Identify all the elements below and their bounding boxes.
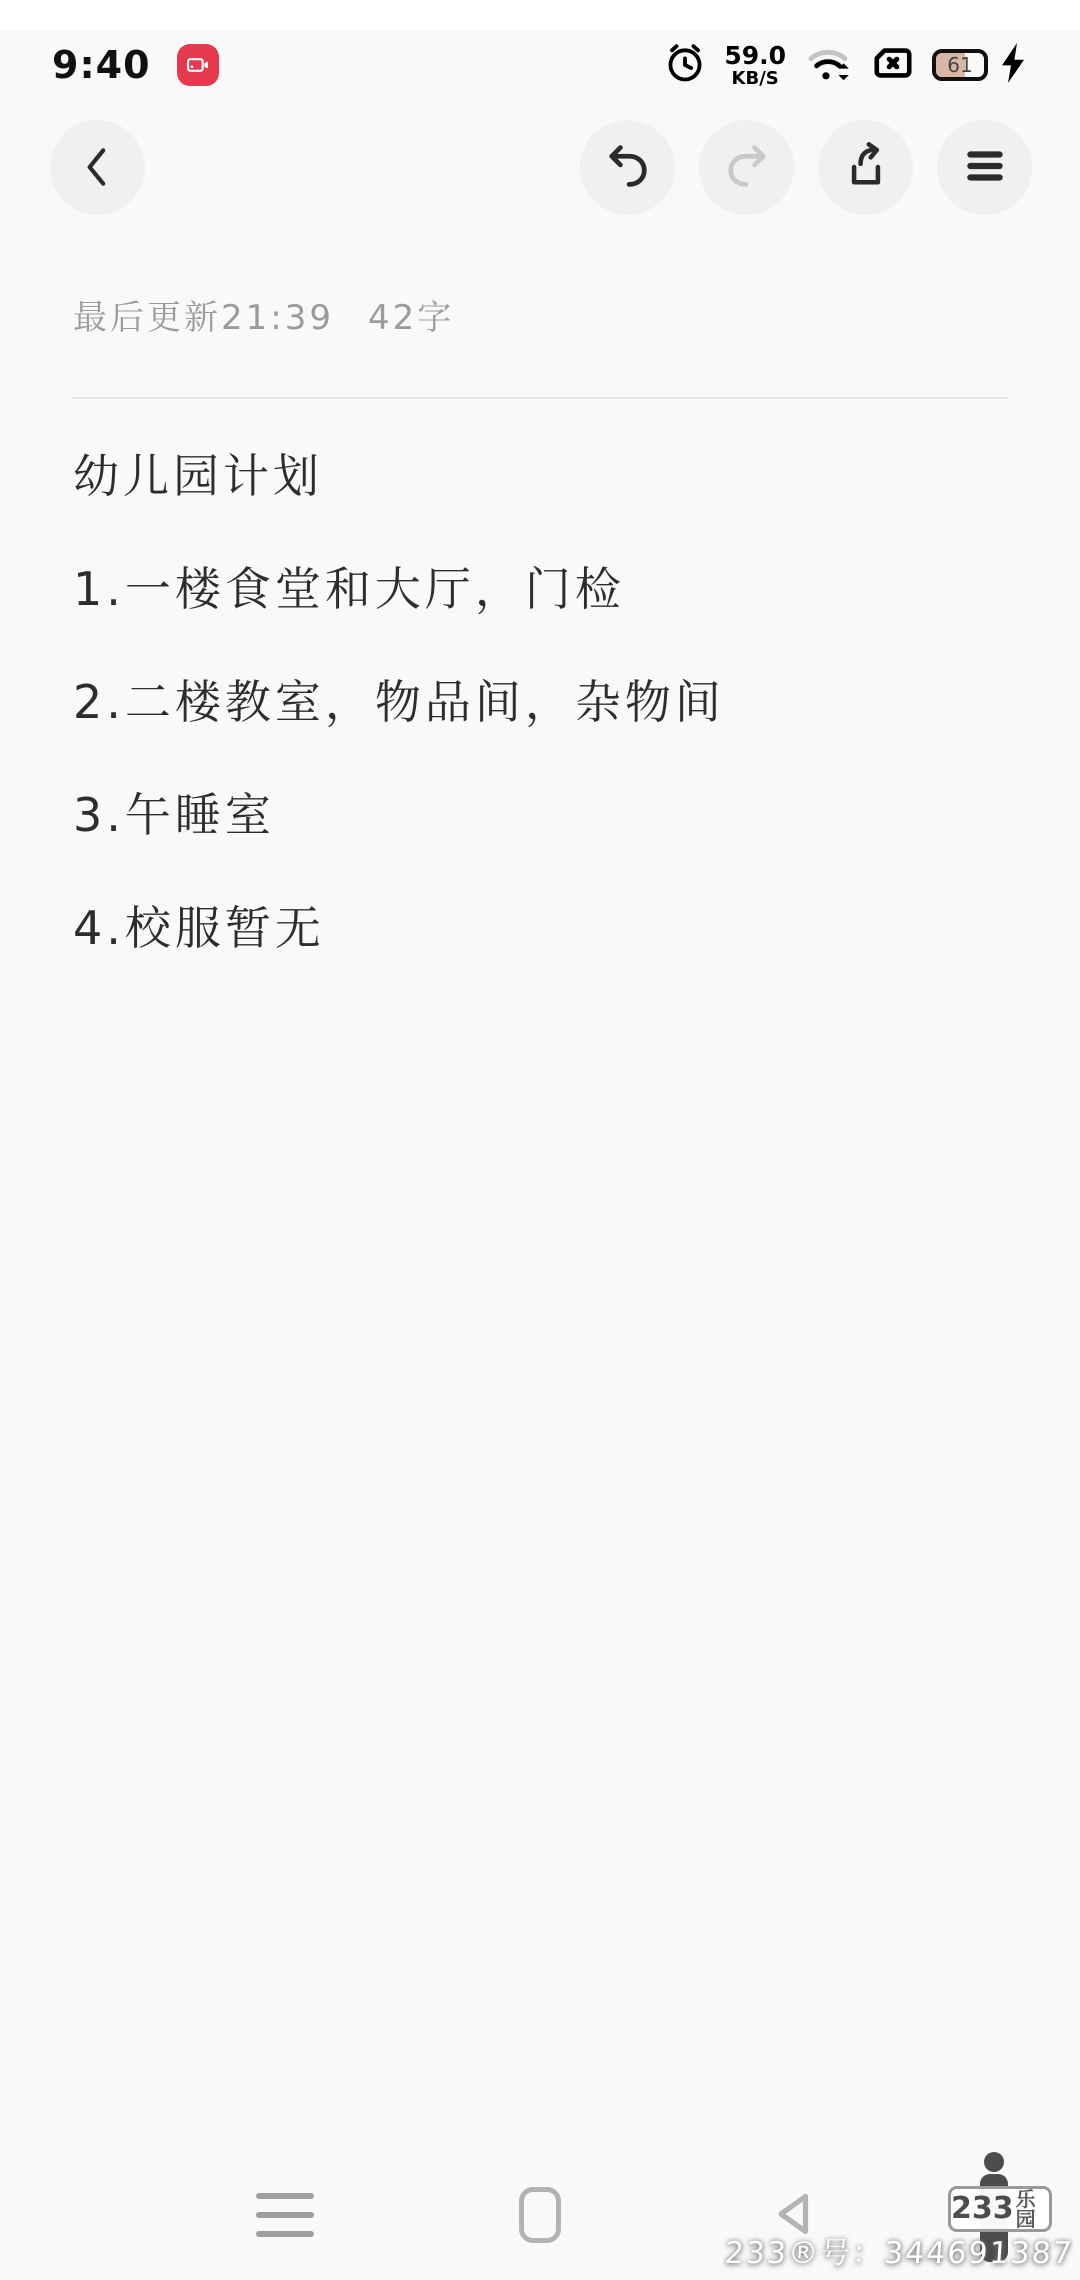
undo-button[interactable] <box>580 120 675 215</box>
note-line-3[interactable]: 3.午睡室 <box>73 784 1020 846</box>
last-updated-label: 最后更新21:39 <box>73 298 334 338</box>
menu-icon <box>960 141 1010 194</box>
undo-icon <box>602 140 654 195</box>
back-chevron-icon <box>73 141 123 194</box>
network-speed-value: 59.0 <box>724 43 786 68</box>
share-icon <box>840 140 892 195</box>
back-triangle-icon <box>767 2184 823 2247</box>
note-content[interactable]: 幼儿园计划 1.一楼食堂和大厅，门检 2.二楼教室，物品间，杂物间 3.午睡室 … <box>73 445 1020 1010</box>
note-line-4[interactable]: 4.校服暂无 <box>73 897 1020 959</box>
home-icon <box>519 2187 561 2243</box>
battery-percent: 61 <box>936 53 984 77</box>
screen: 9:40 59.0 KB/S <box>0 0 1080 2280</box>
menu-button[interactable] <box>937 120 1032 215</box>
charging-bolt-icon <box>996 41 1030 89</box>
back-button[interactable] <box>50 120 145 215</box>
alarm-icon <box>662 40 708 90</box>
back-nav-button[interactable] <box>750 2180 840 2250</box>
battery-icon: 61 <box>932 49 988 81</box>
home-button[interactable] <box>495 2180 585 2250</box>
network-speed: 59.0 KB/S <box>724 43 786 88</box>
navigation-bar <box>0 2140 1080 2280</box>
recents-icon <box>256 2193 314 2237</box>
divider <box>72 397 1008 399</box>
word-count-label: 42字 <box>368 298 454 338</box>
note-line-2[interactable]: 2.二楼教室，物品间，杂物间 <box>73 671 1020 733</box>
note-line-1[interactable]: 1.一楼食堂和大厅，门检 <box>73 558 1020 620</box>
screen-record-icon <box>177 44 219 86</box>
sim-card-icon <box>870 42 916 88</box>
redo-icon <box>721 140 773 195</box>
status-time: 9:40 <box>52 43 151 87</box>
note-meta: 最后更新21:3942字 <box>73 290 454 339</box>
recents-button[interactable] <box>240 2180 330 2250</box>
note-title[interactable]: 幼儿园计划 <box>73 445 1020 507</box>
status-bar: 9:40 59.0 KB/S <box>0 30 1080 100</box>
redo-button[interactable] <box>699 120 794 215</box>
toolbar <box>0 120 1080 216</box>
network-speed-unit: KB/S <box>732 70 779 88</box>
wifi-icon <box>802 39 854 91</box>
share-button[interactable] <box>818 120 913 215</box>
